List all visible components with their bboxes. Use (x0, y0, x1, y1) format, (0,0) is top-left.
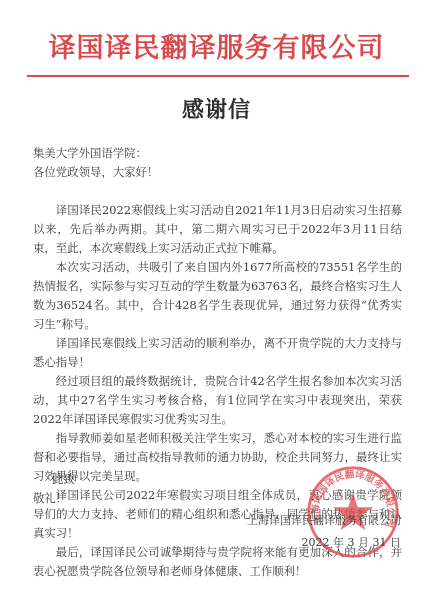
signature-block: 上海译国译民翻译服务有限公司 2022 年 3 月 31 日 (247, 510, 401, 554)
paragraph-statistics: 本次实习活动，共吸引了来自国内外1677所高校的73551名学生的热情报名，实际… (33, 258, 402, 334)
closing-line1: 此致 (33, 470, 75, 489)
paragraph-intro: 译国译民2022寒假线上实习活动自2021年11月3日启动实习生招募以来，先后举… (33, 201, 402, 258)
page-title: 感谢信 (0, 96, 433, 126)
signature-date: 2022 年 3 月 31 日 (247, 532, 401, 554)
closing: 此致 敬礼！ (33, 470, 75, 508)
spacer (33, 182, 402, 201)
letterhead-company-name: 译国译民翻译服务有限公司 (0, 33, 433, 65)
paragraph-thanks: 译国译民寒假线上实习活动的顺利举办，离不开贵学院的大力支持与悉心指导！ (33, 334, 402, 372)
signature-company: 上海译国译民翻译服务有限公司 (247, 510, 401, 532)
closing-line2: 敬礼！ (33, 489, 75, 508)
recipient: 集美大学外国语学院： (33, 144, 402, 163)
letterhead-divider (27, 75, 409, 77)
paragraph-school-results: 经过项目组的最终数据统计，贵院合计42名学生报名参加本次实习活动，其中27名学生… (33, 372, 402, 429)
greeting: 各位党政领导，大家好！ (33, 163, 402, 182)
